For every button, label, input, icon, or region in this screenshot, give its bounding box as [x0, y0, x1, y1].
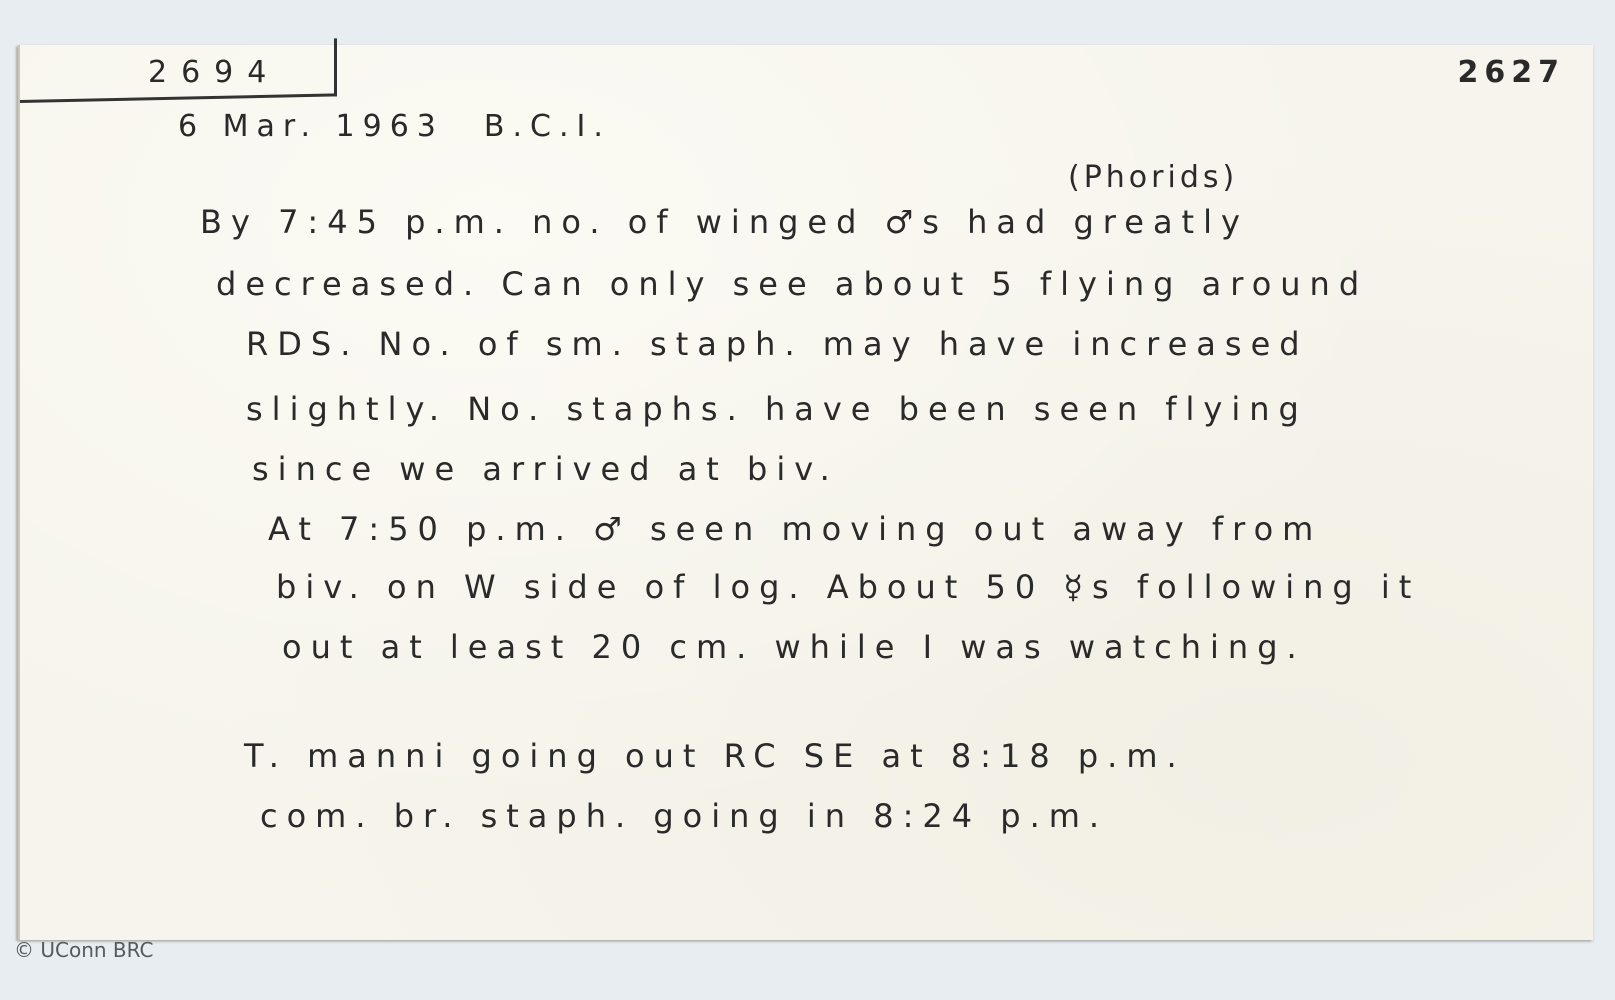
field-note-card: 2694 2627 6 Mar. 1963B.C.I. (Phorids) By… [18, 45, 1593, 940]
note-line-5: since we arrived at biv. [252, 450, 839, 488]
note-date: 6 Mar. 1963 [178, 109, 444, 144]
insertion-phorids: (Phorids) [1068, 160, 1238, 195]
note-line-8: out at least 20 cm. while I was watching… [282, 628, 1306, 666]
date-location-line: 6 Mar. 1963B.C.I. [178, 109, 611, 144]
note-line-10: com. br. staph. going in 8:24 p.m. [260, 797, 1108, 835]
note-location: B.C.I. [484, 109, 611, 144]
note-line-7: biv. on W side of log. About 50 ☿s follo… [276, 568, 1420, 606]
alternate-number: 2627 [1458, 55, 1566, 90]
note-line-2: decreased. Can only see about 5 flying a… [216, 265, 1368, 303]
note-line-1: By 7:45 p.m. no. of winged ♂s had greatl… [200, 203, 1249, 241]
copyright-notice: © UConn BRC [14, 938, 154, 962]
note-line-9: T. manni going out RC SE at 8:18 p.m. [244, 737, 1186, 775]
note-line-4: slightly. No. staphs. have been seen fly… [246, 390, 1308, 428]
catalog-number: 2694 [148, 55, 280, 90]
note-line-3: RDS. No. of sm. staph. may have increase… [246, 325, 1309, 363]
note-line-6: At 7:50 p.m. ♂ seen moving out away from [268, 510, 1322, 548]
